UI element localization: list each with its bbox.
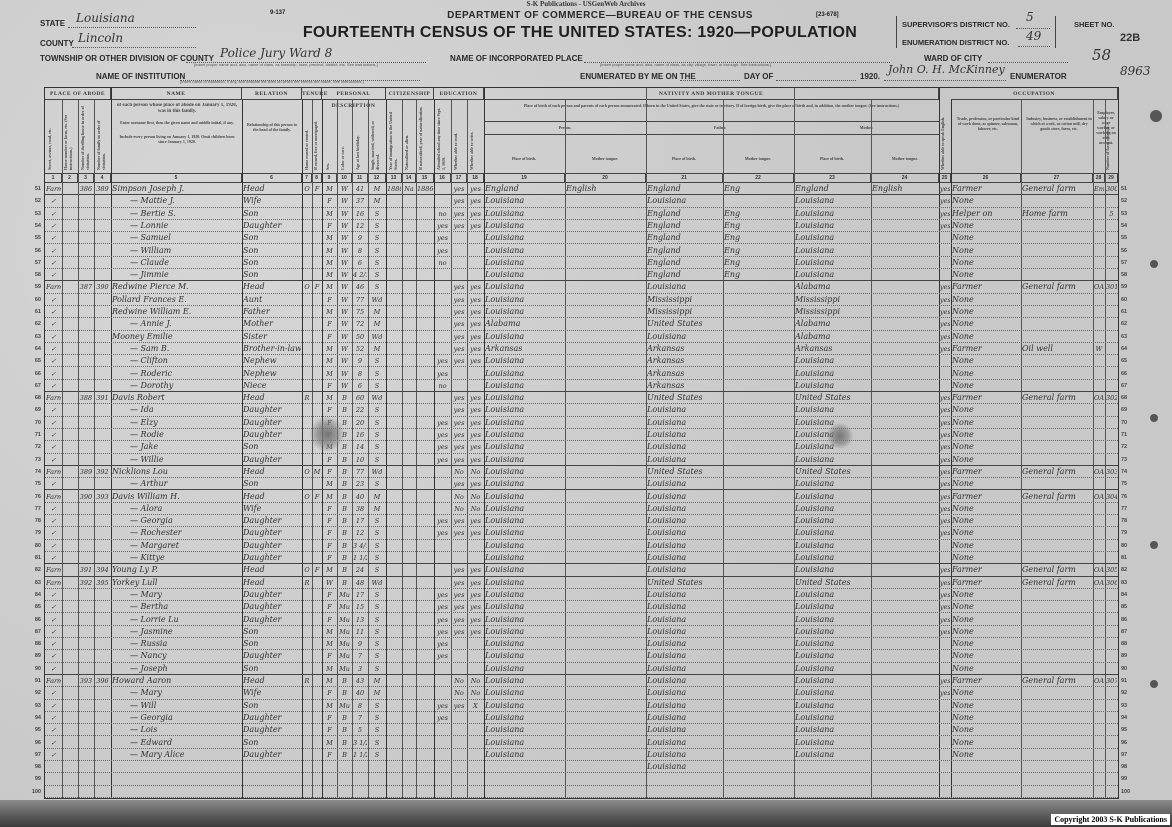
cell-name: — Mary [112,687,259,699]
cell-color: B [338,724,351,736]
cell-write: No [468,687,483,699]
cell-street: ✓ [46,614,61,626]
cell-name: — Jasmine [112,626,259,638]
line-number-right: 95 [1121,727,1127,733]
cell-family: 395 [95,577,110,589]
table-row: ✓— ArthurSonMB23SyesyesLouisianaLouisian… [45,478,1118,490]
line-number: 73 [25,457,41,463]
cell-sex: M [323,491,336,503]
table-row: ✓— RussiaSonMMu9SyesLouisianaLouisianaLo… [45,638,1118,650]
cell-street: ✓ [46,454,61,466]
cell-write: yes [468,601,483,613]
group-name: Name [111,88,242,100]
cell-relation: Head [243,491,301,503]
cell-write: yes [468,527,483,539]
cell-own: O [303,466,311,478]
cell-mbirth: Louisiana [795,712,870,724]
day-of-label: day of [744,72,773,81]
cell-write: yes [468,589,483,601]
cell-trade: Farmer [952,577,1020,589]
cell-read: yes [452,441,466,453]
cell-birth: Louisiana [485,700,564,712]
cell-english: yes [940,331,950,343]
cell-street: ✓ [46,650,61,662]
cell-dwelling: 390 [79,491,93,503]
cell-write: yes [468,331,483,343]
cell-street: ✓ [46,245,61,257]
stamp-number: 58 [1092,46,1111,64]
cell-street: Farm [46,577,61,589]
cell-street: ✓ [46,749,61,761]
cell-fbirth: England [647,220,722,232]
cell-color: W [338,318,351,330]
cell-street: ✓ [46,737,61,749]
cell-school: no [435,208,450,220]
cell-birth: Louisiana [485,552,564,564]
nativity-father: Father. [646,121,794,135]
table-row: Farm388391Davis RobertHeadRMB60WdyesyesL… [45,392,1118,404]
cell-english: yes [940,183,950,195]
line-number: 72 [25,444,41,450]
cell-street: ✓ [46,294,61,306]
cell-own: O [303,281,311,293]
line-number: 74 [25,469,41,475]
cell-relation: Daughter [243,515,301,527]
cell-industry: General farm [1022,183,1092,195]
cell-sex: F [323,515,336,527]
cell-sex: M [323,343,336,355]
cell-fbirth: England [647,232,722,244]
cell-marital: S [369,540,385,552]
cell-school: yes [435,429,450,441]
cell-street: ✓ [46,208,61,220]
cell-english: yes [940,417,950,429]
cell-fbirth: United States [647,392,722,404]
cell-relation: Head [243,281,301,293]
cell-marital: S [369,552,385,564]
cell-age: 60 [353,392,367,404]
cell-fbirth: Louisiana [647,761,722,773]
cell-sex: F [323,380,336,392]
hdr-marital: Single, married, widowed, or divorced. [370,104,384,170]
line-number: 77 [25,506,41,512]
cell-mbirth: United States [795,577,870,589]
table-row: ✓— RodieDaughterFB16SyesyesyesLouisianaL… [45,429,1118,441]
cell-marital: S [369,564,385,576]
cell-name: — Lois [112,724,259,736]
cell-trade: Farmer [952,564,1020,576]
cell-ftongue: Eng [724,232,793,244]
line-number: 70 [25,420,41,426]
cell-name: Simpson Joseph J. [112,183,241,195]
cell-sex: F [323,724,336,736]
cell-sex: F [323,601,336,613]
table-row: ✓— GeorgiaDaughterFB17SyesyesyesLouisian… [45,515,1118,527]
cell-trade: None [952,429,1020,441]
incorporated-label: Name of incorporated place [450,54,583,63]
table-row: ✓— RochesterDaughterFB12SyesyesyesLouisi… [45,527,1118,539]
cell-sex: F [323,650,336,662]
cell-age: 9 [353,638,367,650]
cell-write: yes [468,343,483,355]
cell-birth: Louisiana [485,638,564,650]
cell-sex: F [323,687,336,699]
cell-trade: None [952,331,1020,343]
cell-street: ✓ [46,441,61,453]
cell-street: ✓ [46,417,61,429]
cell-sex: M [323,737,336,749]
cell-trade: None [952,318,1020,330]
father-mother-tongue: Mother tongue. [723,156,793,161]
cell-fbirth: United States [647,318,722,330]
cell-mbirth: Louisiana [795,663,870,675]
cell-english: yes [940,503,950,515]
cell-english: yes [940,392,950,404]
group-nativity: Nativity and Mother Tongue [484,88,939,100]
cell-relation: Daughter [243,404,301,416]
cell-street: ✓ [46,343,61,355]
supervisor-label: Supervisor's District No. [902,20,1010,29]
cell-own: O [303,183,311,195]
line-number: 85 [25,604,41,610]
cell-read: No [452,503,466,515]
cell-industry: General farm [1022,577,1092,589]
line-number: 57 [25,260,41,266]
cell-birth: Louisiana [485,245,564,257]
cell-read: yes [452,454,466,466]
column-number: 16 [434,174,451,182]
cell-trade: None [952,712,1020,724]
line-number-right: 93 [1121,703,1127,709]
cell-color: Mu [338,589,351,601]
cell-mort: F [313,183,321,195]
line-number-right: 70 [1121,420,1127,426]
cell-ftongue: Eng [724,183,793,195]
hdr-naturalized: Naturalized or alien. [404,104,416,170]
cell-read: yes [452,306,466,318]
cell-name: — Samuel [112,232,259,244]
column-number: 20 [565,174,646,182]
line-number-right: 56 [1121,248,1127,254]
cell-marital: S [369,601,385,613]
cell-english: yes [940,589,950,601]
cell-relation: Daughter [243,552,301,564]
cell-mbirth: Louisiana [795,724,870,736]
column-number: 10 [337,174,352,182]
cell-street: Farm [46,564,61,576]
table-row: ✓— JosephSonMMu3SLouisianaLouisianaLouis… [45,663,1118,675]
occ-industry-desc: Industry, business, or establishment in … [1025,116,1093,131]
cell-english: yes [940,343,950,355]
cell-marital: S [369,208,385,220]
enumerator-name: John O. H. McKinney [888,63,1005,76]
line-number: 88 [25,641,41,647]
cell-birth: Louisiana [485,577,564,589]
table-row: Farm392395Yorkey LullHeadRWB48WdyesyesLo… [45,577,1118,589]
cell-school: yes [435,589,450,601]
cell-mbirth: Louisiana [795,540,870,552]
line-number-right: 65 [1121,358,1127,364]
cell-ftongue: Eng [724,208,793,220]
cell-name: — William [112,245,259,257]
cell-color: B [338,552,351,564]
column-number: 24 [871,174,939,182]
cell-read: yes [452,614,466,626]
cell-color: B [338,564,351,576]
line-number: 82 [25,567,41,573]
cell-fbirth: England [647,208,722,220]
table-row: 9999 [45,773,1118,785]
cell-trade: Farmer [952,466,1020,478]
cell-birth: Louisiana [485,392,564,404]
cell-relation: Head [243,183,301,195]
cell-street: ✓ [46,257,61,269]
cell-relation: Head [243,577,301,589]
cell-read: No [452,466,466,478]
line-number: 54 [25,223,41,229]
cell-street: ✓ [46,195,61,207]
cell-marital: S [369,614,385,626]
cell-natyear: 1886 [417,183,433,195]
line-number: 66 [25,371,41,377]
cell-family: 396 [95,675,110,687]
cell-fbirth: England [647,245,722,257]
cell-english: yes [940,527,950,539]
cell-age: 11 [353,626,367,638]
table-row: 100100 [45,786,1118,798]
cell-read: yes [452,589,466,601]
cell-dwelling: 393 [79,675,93,687]
cell-birth: Louisiana [485,491,564,503]
cell-read: yes [452,355,466,367]
cell-marital: S [369,429,385,441]
cell-trade: None [952,552,1020,564]
cell-fbirth: Louisiana [647,700,722,712]
cell-family: 391 [95,392,110,404]
cell-marital: S [369,454,385,466]
cell-color: W [338,269,351,281]
cell-street: ✓ [46,503,61,515]
cell-marital: S [369,663,385,675]
cell-relation: Head [243,466,301,478]
cell-street: ✓ [46,527,61,539]
cell-sex: F [323,220,336,232]
cell-trade: None [952,220,1020,232]
cell-color: B [338,540,351,552]
cell-marital: S [369,589,385,601]
punch-hole [1150,110,1162,122]
cell-mbirth: Louisiana [795,638,870,650]
cell-fbirth: United States [647,466,722,478]
cell-sex: F [323,454,336,466]
cell-fbirth: England [647,183,722,195]
cell-name: Howard Aaron [112,675,241,687]
cell-school: yes [435,245,450,257]
cell-english: yes [940,577,950,589]
cell-industry: General farm [1022,675,1092,687]
cell-street: ✓ [46,687,61,699]
cell-trade: None [952,515,1020,527]
cell-sex: F [323,503,336,515]
cell-mbirth: United States [795,392,870,404]
line-number: 97 [25,752,41,758]
line-number: 75 [25,481,41,487]
table-row: ✓— AloraWifeFB38MNoNoLouisianaLouisianaL… [45,503,1118,515]
cell-relation: Head [243,564,301,576]
cell-trade: None [952,417,1020,429]
cell-mbirth: Louisiana [795,380,870,392]
hdr-naturalization-year: If naturalized, year of naturalization. [418,104,432,170]
cell-relation: Daughter [243,527,301,539]
cell-age: 9 [353,232,367,244]
table-row: ✓Pollard Frances E.AuntFW77WdyesyesLouis… [45,294,1118,306]
cell-street: ✓ [46,318,61,330]
cell-color: B [338,466,351,478]
cell-color: W [338,355,351,367]
column-number: 22 [723,174,794,182]
cell-age: 8 [353,245,367,257]
form-number-right: [23-678] [816,12,839,18]
cell-sex: M [323,232,336,244]
cell-mbirth: Louisiana [795,614,870,626]
line-number-right: 61 [1121,309,1127,315]
table-row: ✓— Mattie J.WifeFW37MyesyesLouisianaLoui… [45,195,1118,207]
cell-read: yes [452,404,466,416]
cell-marital: M [369,183,385,195]
cell-write: yes [468,454,483,466]
line-number: 59 [25,284,41,290]
nativity-desc: Place of birth of each person and parent… [489,103,934,109]
ward-line [988,52,1068,63]
cell-relation: Son [243,441,301,453]
cell-street: Farm [46,466,61,478]
line-number-right: 97 [1121,752,1127,758]
cell-age: 1 1/2 [353,552,367,564]
cell-age: 38 [353,503,367,515]
cell-street: ✓ [46,700,61,712]
cell-relation: Son [243,737,301,749]
table-row: ✓— MargaretDaughterFB3 4/12SLouisianaLou… [45,540,1118,552]
cell-color: Mu [338,601,351,613]
cell-write: yes [468,564,483,576]
cell-color: B [338,527,351,539]
punch-hole [1150,541,1158,549]
cell-name: — Georgia [112,712,259,724]
cell-employer: OA [1094,281,1104,293]
cell-sex: M [323,626,336,638]
line-number: 52 [25,198,41,204]
cell-school: yes [435,515,450,527]
cell-relation: Daughter [243,650,301,662]
cell-name: — Mattie J. [112,195,259,207]
line-number-right: 83 [1121,580,1127,586]
cell-school: yes [435,368,450,380]
cell-mbirth: Louisiana [795,478,870,490]
cell-street: ✓ [46,331,61,343]
cell-fbirth: Louisiana [647,687,722,699]
cell-street: ✓ [46,552,61,564]
cell-school: yes [435,441,450,453]
cell-relation: Head [243,392,301,404]
line-number-right: 62 [1121,321,1127,327]
cell-trade: None [952,601,1020,613]
cell-mbirth: Arkansas [795,343,870,355]
cell-own: R [303,577,311,589]
enumerator-label: Enumerator [1010,72,1067,81]
line-number-right: 66 [1121,371,1127,377]
cell-birth: Louisiana [485,687,564,699]
cell-english: yes [940,281,950,293]
line-number: 84 [25,592,41,598]
cell-fbirth: Louisiana [647,564,722,576]
cell-birth: Louisiana [485,737,564,749]
line-number: 96 [25,740,41,746]
table-row: Farm386389Simpson Joseph J.HeadOFMW41M18… [45,183,1118,195]
cell-mbirth: Louisiana [795,257,870,269]
cell-age: 20 [353,417,367,429]
cell-age: 10 [353,454,367,466]
table-row: ✓— IdaDaughterFB22SyesyesLouisianaLouisi… [45,404,1118,416]
cell-mbirth: Louisiana [795,626,870,638]
cell-fbirth: Louisiana [647,626,722,638]
cell-fbirth: Mississippi [647,294,722,306]
cell-ftongue: Eng [724,220,793,232]
cell-birth: Louisiana [485,306,564,318]
cell-english: yes [940,306,950,318]
person-place-of-birth: Place of birth. [484,156,564,161]
cell-fbirth: Arkansas [647,368,722,380]
cell-trade: None [952,650,1020,662]
line-number-right: 82 [1121,567,1127,573]
cell-write: yes [468,417,483,429]
cell-mbirth: Louisiana [795,564,870,576]
cell-industry: General farm [1022,466,1092,478]
cell-fbirth: England [647,269,722,281]
sheet-value: 22B [1120,32,1140,44]
column-number: 14 [402,174,416,182]
cell-dwelling: 391 [79,564,93,576]
cell-age: 17 [353,589,367,601]
cell-write: yes [468,318,483,330]
line-number: 93 [25,703,41,709]
cell-color: W [338,183,351,195]
father-place-of-birth: Place of birth. [646,156,722,161]
cell-birth: Louisiana [485,257,564,269]
cell-street: ✓ [46,368,61,380]
cell-trade: Farmer [952,281,1020,293]
cell-birth: Louisiana [485,355,564,367]
line-number-right: 85 [1121,604,1127,610]
cell-age: 77 [353,294,367,306]
cell-birth: Louisiana [485,269,564,281]
cell-fbirth: Louisiana [647,331,722,343]
enumerated-label: Enumerated by me on the [580,72,696,81]
cell-write: X [468,700,483,712]
cell-name: Nicklions Lou [112,466,241,478]
cell-marital: S [369,700,385,712]
cell-color: Mu [338,663,351,675]
cell-ftongue: Eng [724,245,793,257]
cell-industry: General farm [1022,491,1092,503]
cell-trade: None [952,355,1020,367]
column-number: 25 [939,174,951,182]
column-number: 4 [94,174,111,182]
institution-label: Name of Institution [96,72,185,81]
table-row: ✓— Bertie S.SonMW16SnoyesyesLouisianaEng… [45,208,1118,220]
cell-marital: S [369,380,385,392]
hdr-owned: Home owned or rented. [304,104,312,170]
cell-marital: S [369,281,385,293]
